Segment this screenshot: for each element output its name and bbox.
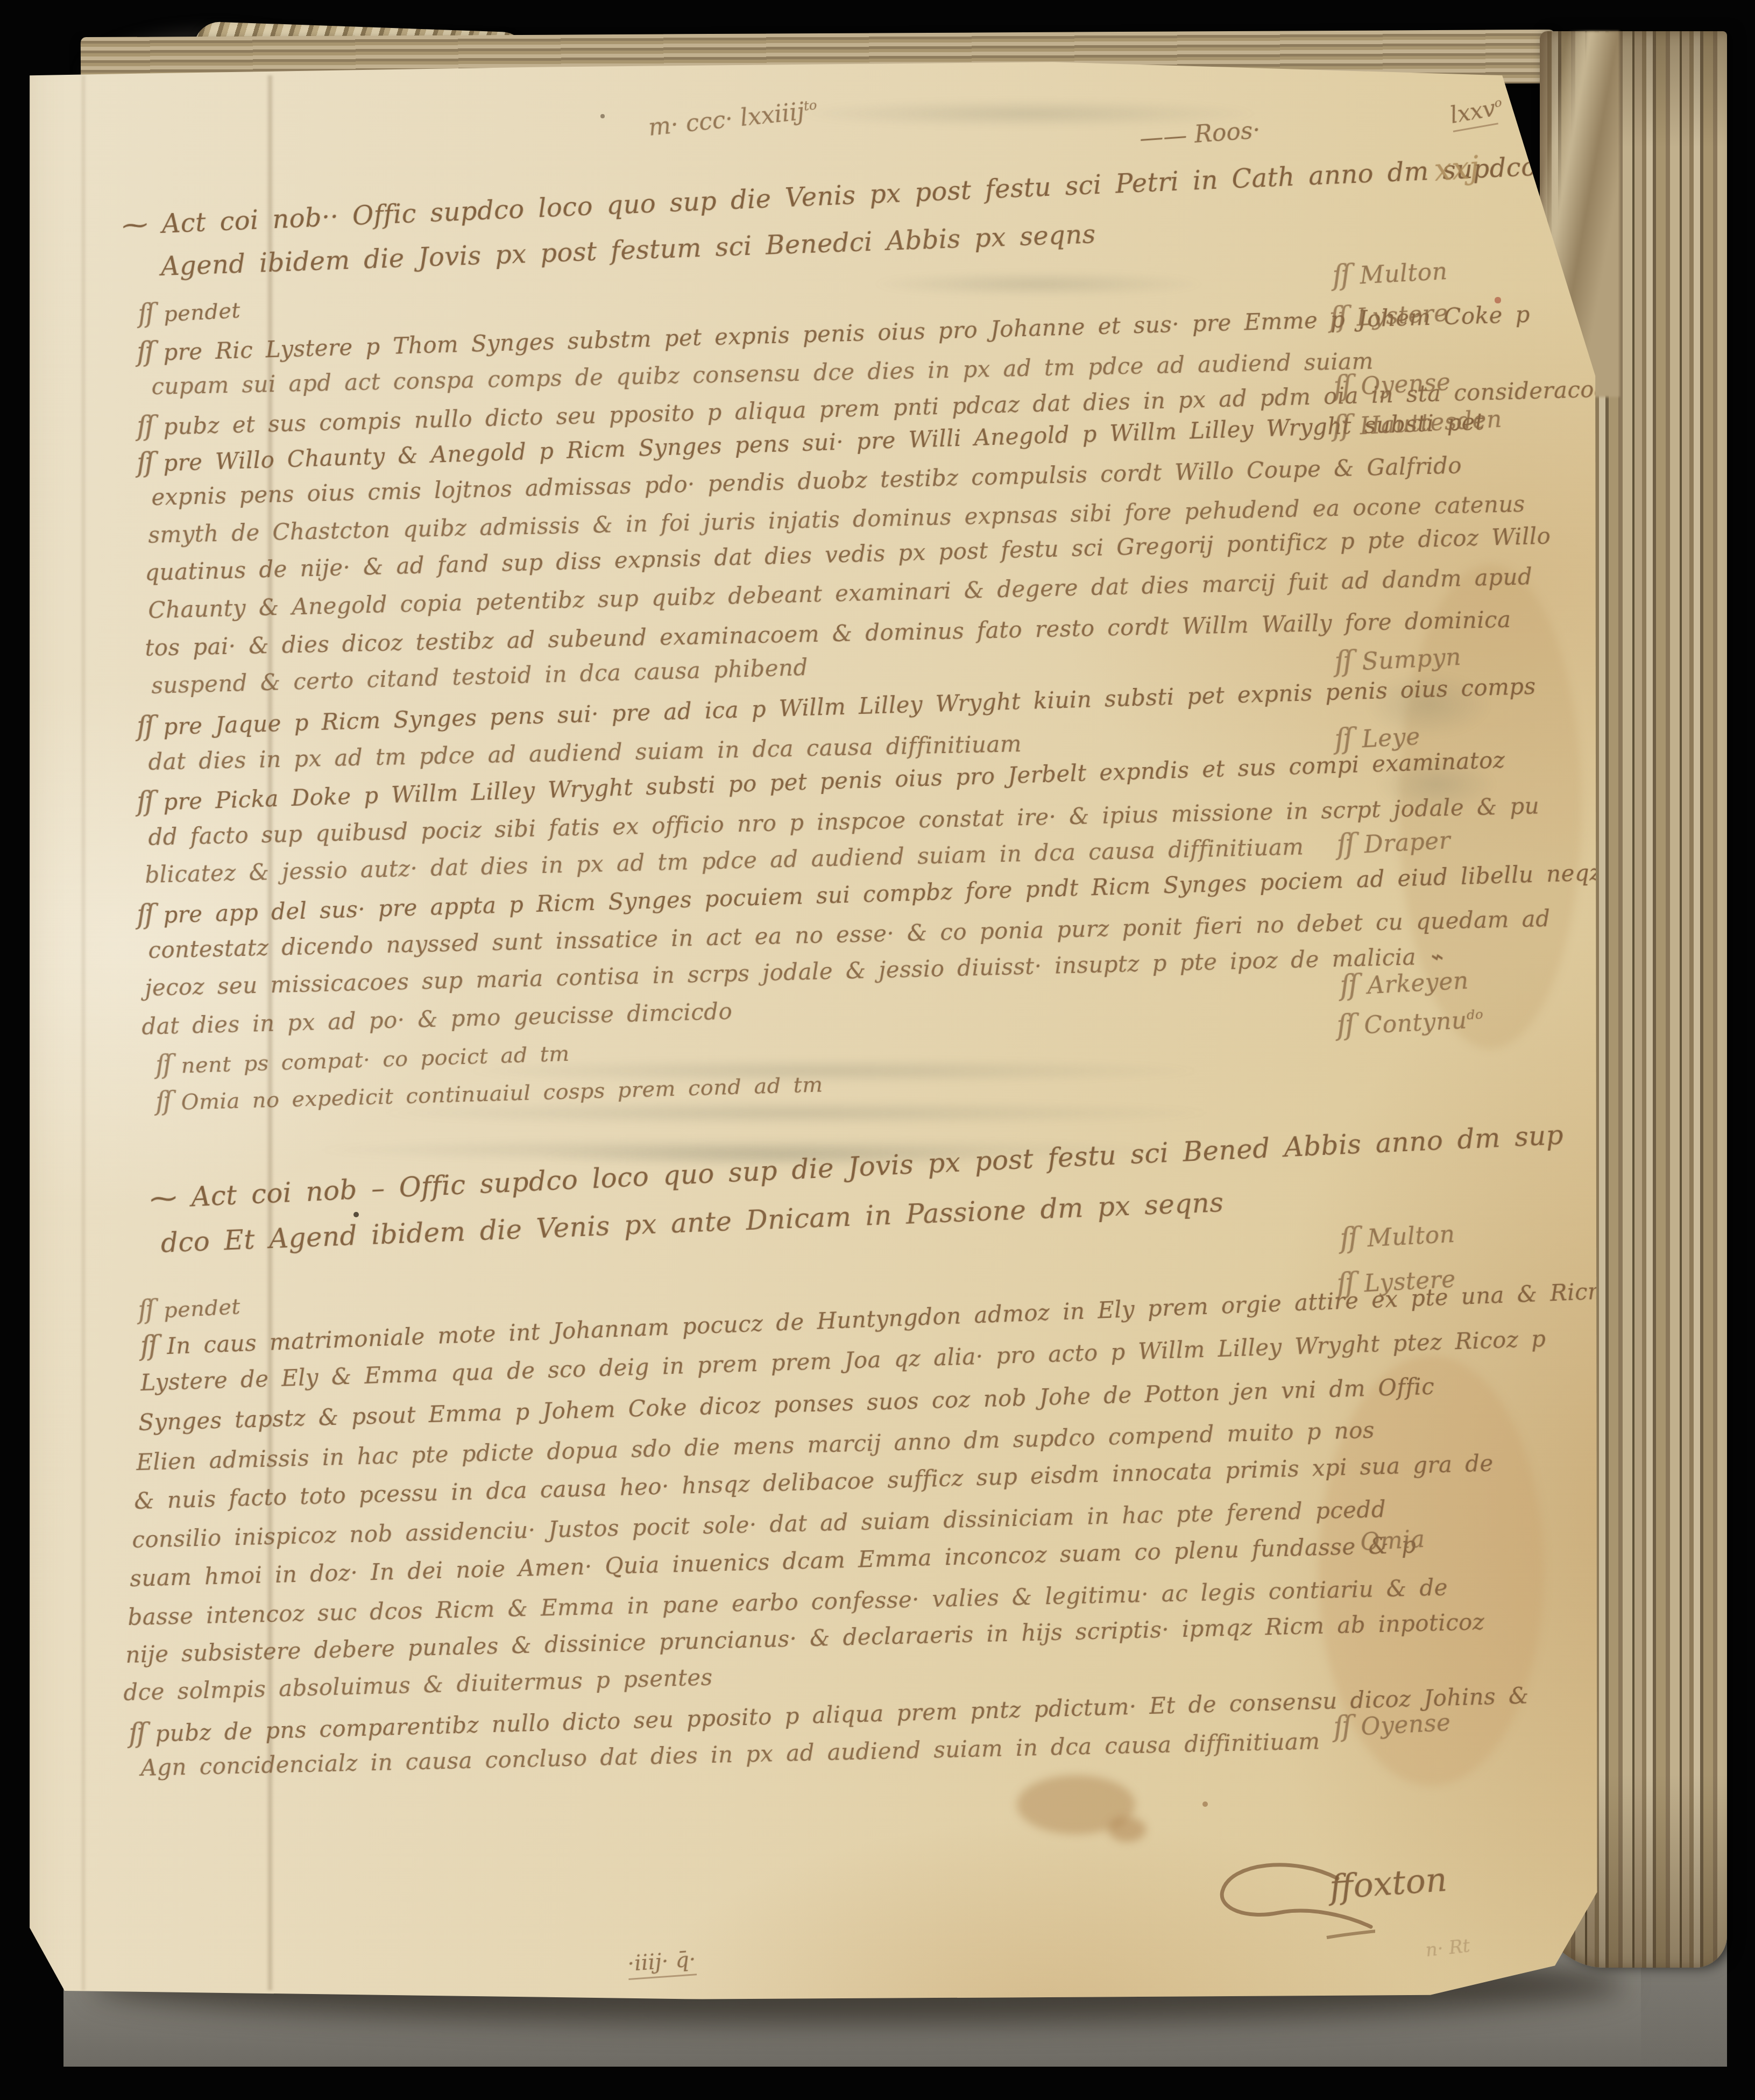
marginal-note-text: Oyense	[1360, 1709, 1451, 1741]
manuscript-photo: ⁓ Act coi nob·· Offic supdco loco quo su…	[0, 0, 1755, 2100]
ink-stain-small	[1108, 1817, 1146, 1842]
marginal-note-text: Oyense	[1360, 368, 1451, 401]
marginal-note-text: Contynu	[1363, 1006, 1468, 1039]
marginal-note-text: Multon	[1359, 258, 1448, 289]
paraph-mark: ſſ	[1339, 968, 1357, 1002]
manuscript-line-text: pendet	[163, 298, 241, 327]
marginal-note: ſſLeye	[1334, 719, 1421, 756]
folio-mark-superscript: to	[803, 98, 817, 114]
paraph-mark: ſſ	[136, 785, 153, 817]
paraph-mark: ſſ	[155, 1049, 171, 1080]
folio-mark: ·iiij· q̄·	[627, 1947, 697, 1976]
manuscript-line-text: dce solmpis absoluimus & diuitermus p ps…	[123, 1664, 713, 1706]
marginal-note: ſſOyense	[1333, 364, 1452, 403]
show-through-ghost	[872, 272, 1205, 296]
paraph-mark: ſſ	[1328, 300, 1347, 334]
paraph-mark: ſſ	[1339, 1221, 1357, 1255]
marginal-note: ſſLystere	[1328, 295, 1449, 334]
left-fold-crease	[81, 75, 86, 1990]
marginal-note: ſſSumpyn	[1334, 639, 1462, 678]
paraph-mark: ſſ	[136, 446, 153, 478]
folio-mark: lxxvo	[1448, 94, 1504, 129]
paraph-mark: ſſ	[1334, 644, 1352, 678]
paraph-mark: ſſ	[1336, 1008, 1354, 1042]
signature-flourish	[1214, 1846, 1375, 1964]
marginal-note-text: Draper	[1363, 827, 1451, 859]
marginal-note-text: Omia	[1360, 1526, 1426, 1556]
marginal-note: ſſMulton	[1339, 1216, 1456, 1255]
manuscript-line: ſſpendet	[137, 294, 241, 329]
manuscript-line: dce solmpis absoluimus & diuitermus p ps…	[123, 1664, 713, 1706]
marginal-note-text: Arkeyen	[1367, 967, 1469, 1000]
marginal-note: ſſDraper	[1336, 822, 1452, 861]
paraph-mark: ſſ	[1333, 1709, 1351, 1743]
folio-mark: m· ccc· lxxiiijto	[647, 96, 819, 141]
folio-mark: xxj	[1433, 148, 1480, 188]
paraph-mark: ſſ	[137, 1295, 153, 1325]
paraph-mark: ſſ	[1332, 258, 1350, 292]
marginal-note-superscript: do	[1466, 1007, 1483, 1023]
paraph-mark: ſſ	[136, 710, 153, 742]
paraph-mark: ſſ	[155, 1086, 171, 1117]
paraph-mark: ſſ	[136, 409, 153, 442]
paraph-mark: ſſ	[137, 299, 153, 329]
marginal-note: ſſMulton	[1332, 253, 1448, 292]
manuscript-line: suspend & certo citand testoid in dca ca…	[151, 654, 809, 699]
folio-mark-text: m· ccc· lxxiiij	[647, 98, 806, 141]
marginal-note-text: Leye	[1361, 723, 1421, 754]
paraph-mark: ſſ	[1332, 409, 1350, 443]
paraph-mark: ſſ	[1336, 1266, 1354, 1300]
marginal-note: ſſArkeyen	[1339, 963, 1469, 1002]
marginal-note-text: Multon	[1367, 1221, 1455, 1252]
manuscript-line-text: suspend & certo citand testoid in dca ca…	[151, 654, 809, 699]
paraph-mark: ſſ	[1334, 722, 1352, 756]
paraph-mark: ſſ	[136, 335, 153, 367]
folio-mark: n· Rt	[1425, 1935, 1471, 1961]
manuscript-line: ſſpendet	[137, 1290, 241, 1325]
paraph-mark: ſſ	[136, 898, 153, 930]
marginal-note-text: Lystere	[1356, 299, 1449, 331]
marginal-note-text: Sumpyn	[1361, 643, 1462, 676]
paraph-mark: ſſ	[140, 1329, 157, 1361]
marginal-note-text: Lystere	[1363, 1265, 1456, 1297]
manuscript-line: dat dies in px ad po· & pmo geucisse dim…	[141, 998, 733, 1040]
dirt-specks	[0, 0, 2, 2]
manuscript-line-text: pendet	[163, 1294, 241, 1323]
manuscript-page: ⁓ Act coi nob·· Offic supdco loco quo su…	[0, 0, 1755, 2100]
marginal-note: ſſLystere	[1336, 1261, 1456, 1300]
folio-mark-text: ·iiij· q̄·	[627, 1947, 697, 1980]
folio-mark-text: n· Rt	[1425, 1935, 1471, 1961]
folio-mark-text: lxxv	[1448, 95, 1498, 132]
manuscript-line-text: dat dies in px ad po· & pmo geucisse dim…	[141, 998, 733, 1040]
paraph-mark: ſſ	[1333, 369, 1351, 403]
marginal-note: Omia	[1360, 1526, 1426, 1556]
paraph-mark: ſſ	[1336, 827, 1354, 861]
paraph-mark: ſſ	[128, 1716, 145, 1749]
marginal-note: ſſOyense	[1333, 1705, 1452, 1743]
folio-mark-text: xxj	[1433, 148, 1480, 188]
